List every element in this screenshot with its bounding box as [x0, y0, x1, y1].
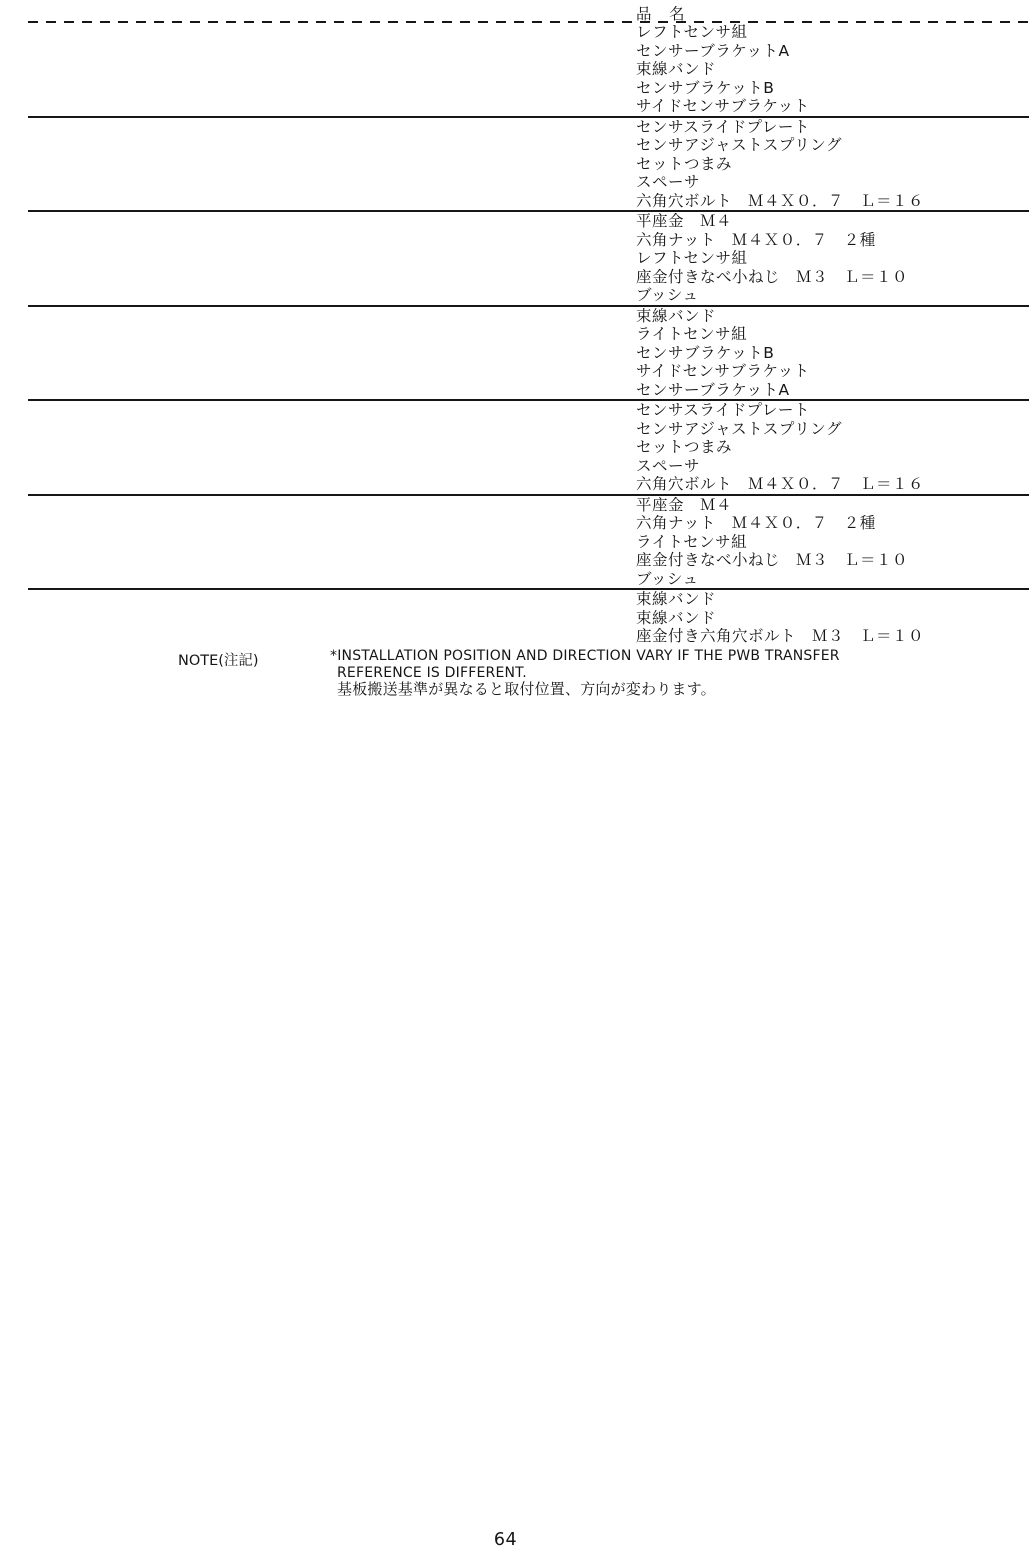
part-name-cell: 束線バンド [28, 60, 1029, 79]
parts-group: センサスライドプレートセンサアジャストスプリングセットつまみスペーサ六角穴ボルト… [28, 118, 1029, 213]
part-name-cell: センサアジャストスプリング [28, 420, 1029, 439]
part-name-cell: 六角穴ボルト Ｍ４Ｘ０．７ Ｌ＝１６ [28, 475, 1029, 494]
part-name-cell: 平座金 Ｍ４ [28, 496, 1029, 515]
column-header-row: 品 名 [28, 0, 1029, 21]
parts-group: 平座金 Ｍ４六角ナット Ｍ４Ｘ０．７ ２種ライトセンサ組座金付きなべ小ねじ Ｍ３… [28, 496, 1029, 591]
part-name-cell: スペーサ [28, 173, 1029, 192]
part-name-cell: 束線バンド [28, 590, 1029, 609]
parts-group: 束線バンドライトセンサ組センサブラケットBサイドセンサブラケットセンサーブラケッ… [28, 307, 1029, 402]
part-name-cell: センサーブラケットA [28, 42, 1029, 61]
part-name-cell: センサブラケットB [28, 344, 1029, 363]
part-name-cell: レフトセンサ組 [28, 249, 1029, 268]
part-name-cell: セットつまみ [28, 438, 1029, 457]
part-name-cell: センサーブラケットA [28, 381, 1029, 400]
part-name-cell: 座金付きなべ小ねじ Ｍ３ Ｌ＝１０ [28, 268, 1029, 287]
part-name-cell: サイドセンサブラケット [28, 97, 1029, 116]
note-line-en-2: REFERENCE IS DIFFERENT. [330, 665, 950, 682]
note-text: *INSTALLATION POSITION AND DIRECTION VAR… [330, 648, 950, 698]
parts-group: レフトセンサ組センサーブラケットA束線バンドセンサブラケットBサイドセンサブラケ… [28, 23, 1029, 118]
part-name-cell: 六角ナット Ｍ４Ｘ０．７ ２種 [28, 231, 1029, 250]
part-name-column-header: 品 名 [636, 2, 686, 24]
part-name-cell: サイドセンサブラケット [28, 362, 1029, 381]
part-name-cell: センサブラケットB [28, 79, 1029, 98]
parts-group: 平座金 Ｍ４六角ナット Ｍ４Ｘ０．７ ２種レフトセンサ組座金付きなべ小ねじ Ｍ３… [28, 212, 1029, 307]
page-number: 64 [0, 1530, 1020, 1550]
part-name-cell: ブッシュ [28, 286, 1029, 305]
part-name-cell: セットつまみ [28, 155, 1029, 174]
part-name-cell: センサスライドプレート [28, 401, 1029, 420]
parts-table: 品 名 レフトセンサ組センサーブラケットA束線バンドセンサブラケットBサイドセン… [28, 0, 1029, 646]
part-name-cell: ライトセンサ組 [28, 533, 1029, 552]
part-name-cell: スペーサ [28, 457, 1029, 476]
part-name-cell: ブッシュ [28, 570, 1029, 589]
part-name-cell: 六角穴ボルト Ｍ４Ｘ０．７ Ｌ＝１６ [28, 192, 1029, 211]
note-line-en-1: *INSTALLATION POSITION AND DIRECTION VAR… [330, 648, 950, 665]
parts-groups: レフトセンサ組センサーブラケットA束線バンドセンサブラケットBサイドセンサブラケ… [28, 23, 1029, 646]
part-name-cell: センサアジャストスプリング [28, 136, 1029, 155]
note-label: NOTE(注記) [178, 649, 259, 670]
part-name-cell: 座金付き六角穴ボルト Ｍ３ Ｌ＝１０ [28, 627, 1029, 646]
part-name-cell: ライトセンサ組 [28, 325, 1029, 344]
part-name-cell: 座金付きなべ小ねじ Ｍ３ Ｌ＝１０ [28, 551, 1029, 570]
part-name-cell: 束線バンド [28, 307, 1029, 326]
part-name-cell: センサスライドプレート [28, 118, 1029, 137]
part-name-cell: 六角ナット Ｍ４Ｘ０．７ ２種 [28, 514, 1029, 533]
part-name-cell: 平座金 Ｍ４ [28, 212, 1029, 231]
part-name-cell: 束線バンド [28, 609, 1029, 628]
note-line-ja: 基板搬送基準が異なると取付位置、方向が変わります。 [330, 681, 950, 698]
parts-group: センサスライドプレートセンサアジャストスプリングセットつまみスペーサ六角穴ボルト… [28, 401, 1029, 496]
parts-group: 束線バンド束線バンド座金付き六角穴ボルト Ｍ３ Ｌ＝１０ [28, 590, 1029, 646]
part-name-cell: レフトセンサ組 [28, 23, 1029, 42]
parts-list-page: 品 名 レフトセンサ組センサーブラケットA束線バンドセンサブラケットBサイドセン… [0, 0, 1029, 1563]
